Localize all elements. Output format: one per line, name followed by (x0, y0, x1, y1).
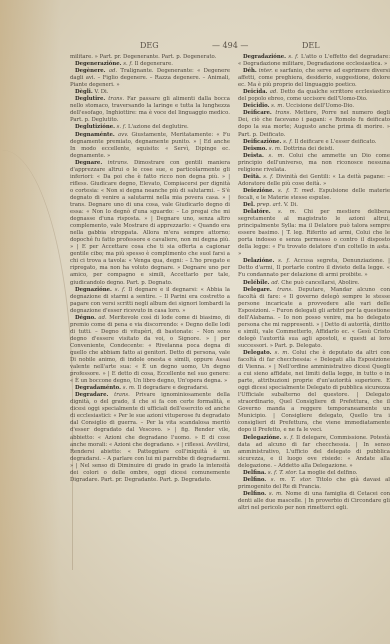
dictionary-entry: Degradaménto. s. m. Il degradare e degra… (70, 385, 230, 392)
entry-headword: Delazióne. (243, 258, 274, 264)
entry-grammar: s. m. (275, 350, 289, 356)
entry-grammar: s. f. (263, 174, 273, 180)
entry-headword: Deiezióne. (243, 188, 274, 194)
entry-grammar: s. f. T. med. (278, 188, 315, 194)
dictionary-entry: Deiezióne. s. f. T. med. Espulsione dell… (238, 188, 390, 202)
entry-definition: Dimostrare con gentili maniera d'apprezz… (70, 160, 230, 286)
entry-headword: Deicida. (243, 89, 267, 95)
dictionary-entry: Delatóre. s. m. Chi per mestiere deliber… (238, 209, 390, 258)
entry-headword: Degnare. (75, 160, 102, 166)
entry-headword: Déh. (243, 68, 257, 74)
entry-grammar: s. m. (278, 209, 297, 215)
page-curl-line (2, 150, 73, 570)
dictionary-entry: Delébile. ad. Che può cancellarsi, Aboli… (238, 280, 390, 287)
dictionary-entry: Degradare. trans. Privare ignominiosamen… (70, 392, 230, 484)
entry-definition: Divinità dei Gentili: « La deità pagane:… (238, 174, 390, 187)
entry-definition: Colui che è deputato da altri con facolt… (238, 350, 390, 434)
dictionary-entry: Deità. s. f. Divinità dei Gentili: « La … (238, 174, 390, 188)
left-column: militare. » Part. pr. Degenerante. Part.… (70, 54, 230, 484)
entry-grammar: s. m. (271, 103, 284, 109)
entry-grammar: s. m. (269, 146, 282, 152)
dictionary-entry: Degènere. ad. Tralignante. Degenerante: … (70, 68, 230, 89)
entry-headword: Dégno. (75, 315, 96, 321)
entry-grammar: s. m. (123, 385, 136, 391)
dictionary-entry: Del. prep. art. V. Di. (238, 202, 390, 209)
entry-headword: Deismo. (243, 146, 267, 152)
entry-headword: Delatóre. (243, 209, 271, 215)
entry-headword: Degnazióne. (75, 287, 112, 293)
entry-definition: Il degradare e degradarsi. (137, 385, 208, 391)
page-header: DEG — 494 — DEL (70, 41, 385, 53)
entry-definition: Uccisione dell'Uomo-Dio. (286, 103, 354, 109)
entry-grammar: trans. (277, 287, 293, 293)
entry-headword: Del. (243, 202, 255, 208)
dictionary-entry: Delfino. s. m. Nome di una famiglia di C… (238, 491, 390, 512)
entry-definition: Dottrina dei deisti. (283, 146, 334, 152)
dictionary-entry: Deicida. ad. Detto da qualche scrittore … (238, 89, 390, 103)
entry-headword: Degradare. (75, 392, 108, 398)
dictionary-entry: Degnazióne. s. f. Il degnare e il degnar… (70, 287, 230, 315)
entry-grammar: trans. (108, 96, 124, 102)
dictionary-entry: Déh. inter. e sarfanio, che serve ad esp… (238, 68, 390, 89)
entry-headword: Delegazióne. (243, 435, 281, 441)
page-edge-shadow (0, 0, 60, 644)
entry-headword: Delegato. (243, 350, 271, 356)
dictionary-entry: Deificazióne. s. f. Il deificare e L'ess… (238, 139, 390, 146)
entry-headword: Degenerazióne. (75, 61, 122, 67)
entry-definition: V. Di. (94, 89, 108, 95)
dictionary-entry: Degnaménte. avv. Giustamente, Meritatame… (70, 132, 230, 160)
entry-grammar: intrans. (108, 160, 129, 166)
entry-definition: Deputare, Mandar alcuno con facoltà di f… (238, 287, 390, 349)
entry-definition: Chi per mestiere delibera segretamente a… (238, 209, 390, 257)
entry-grammar: s. f. (278, 258, 290, 264)
entry-headword: Degradazióne. (243, 54, 286, 60)
dictionary-entry: Dégno. ad. Meritevole così di lode come … (70, 315, 230, 385)
dictionary-entry: Deglutire. trans. Far passare gli alimen… (70, 96, 230, 124)
entry-headword: Delfino. (243, 477, 266, 483)
entry-grammar: ad. (270, 89, 278, 95)
entry-definition: Che può cancellarsi, Abolire. (281, 280, 359, 286)
entry-definition: La moglie del delfino. (299, 470, 358, 476)
entry-grammar: s. f. (123, 61, 133, 67)
entry-definition: militare. » Part. pr. Degenerante. Part.… (70, 54, 216, 60)
page-number: — 494 — (212, 41, 248, 50)
entry-definition: V. Di. (284, 202, 298, 208)
dictionary-entry: Deglutizióne. s. f. L'azione del degluti… (70, 124, 230, 131)
entry-headword: Delegare. (243, 287, 272, 293)
entry-definition: Privare ignominiosamente della dignità, … (70, 392, 230, 483)
entry-headword: Deista. (243, 153, 264, 159)
entry-headword: Deità. (243, 174, 261, 180)
entry-grammar: ad. (98, 315, 106, 321)
guide-word-left: DEG (140, 41, 159, 50)
entry-headword: Degènere. (75, 68, 106, 74)
entry-definition: Meritevole così di lode come di biasimo,… (70, 315, 230, 384)
entry-headword: Deglutire. (75, 96, 105, 102)
dictionary-entry: Delfino. s. m. T. stor. Titolo che già d… (238, 477, 390, 491)
entry-grammar: prep. art. (257, 202, 283, 208)
dictionary-entry: Delfina. s. f. T. stor. La moglie del de… (238, 470, 390, 477)
entry-grammar: inter. (259, 68, 273, 74)
entry-grammar: s. f. (115, 287, 126, 293)
entry-grammar: ad. (109, 68, 117, 74)
entry-headword: Degnaménte. (75, 132, 115, 138)
dictionary-entry: militare. » Part. pr. Degenerante. Part.… (70, 54, 230, 61)
dictionary-entry: Delazióne. s. f. Accusa segreta, Denunzi… (238, 258, 390, 279)
dictionary-entry: Delegazióne. s. f. Il delegare, Commissi… (238, 435, 390, 470)
dictionary-entry: Delegare. trans. Deputare, Mandar alcuno… (238, 287, 390, 350)
dictionary-entry: Dègli. V. Di. (70, 89, 230, 96)
entry-headword: Deicidio. (243, 103, 269, 109)
entry-headword: Deglutizióne. (75, 124, 115, 130)
dictionary-entry: Degnare. intrans. Dimostrare con gentili… (70, 160, 230, 287)
dictionary-entry: Degradazióne. s. f. L'atto o L'effetto d… (238, 54, 390, 68)
entry-definition: Il degenerare. (135, 61, 173, 67)
entry-headword: Delfino. (243, 491, 266, 497)
entry-grammar: s. f. (117, 124, 127, 130)
dictionary-entry: Deicidio. s. m. Uccisione dell'Uomo-Dio. (238, 103, 390, 110)
entry-grammar: avv. (118, 132, 128, 138)
entry-grammar: s. f. (283, 139, 293, 145)
dictionary-entry: Deificare. trans. Mettere, Porre nel num… (238, 110, 390, 138)
entry-grammar: s. m. (268, 153, 284, 159)
dictionary-entry: Deista. s. m. Colui che ammette un Dio c… (238, 153, 390, 174)
entry-grammar: trans. (114, 392, 130, 398)
entry-grammar: trans. (275, 110, 291, 116)
entry-headword: Dègli. (75, 89, 93, 95)
entry-grammar: s. m. T. stor. (271, 477, 312, 483)
entry-grammar: ad. (271, 280, 279, 286)
dictionary-entry: Deismo. s. m. Dottrina dei deisti. (238, 146, 390, 153)
entry-headword: Delébile. (243, 280, 270, 286)
dictionary-entry: Delegato. s. m. Colui che è deputato da … (238, 350, 390, 435)
guide-word-right: DEL (302, 41, 320, 50)
entry-grammar: s. f. (284, 435, 294, 441)
entry-grammar: s. f. T. stor. (268, 470, 297, 476)
entry-grammar: s. f. (288, 54, 298, 60)
entry-grammar: s. m. (269, 491, 283, 497)
entry-definition: L'azione del deglutire. (128, 124, 189, 130)
entry-headword: Deificazióne. (243, 139, 281, 145)
entry-headword: Degradaménto. (75, 385, 121, 391)
right-column: Degradazióne. s. f. L'atto o L'effetto d… (238, 54, 390, 512)
entry-definition: Il deificare e L'esser deificato. (295, 139, 377, 145)
entry-headword: Deificare. (243, 110, 272, 116)
entry-headword: Delfina. (243, 470, 266, 476)
